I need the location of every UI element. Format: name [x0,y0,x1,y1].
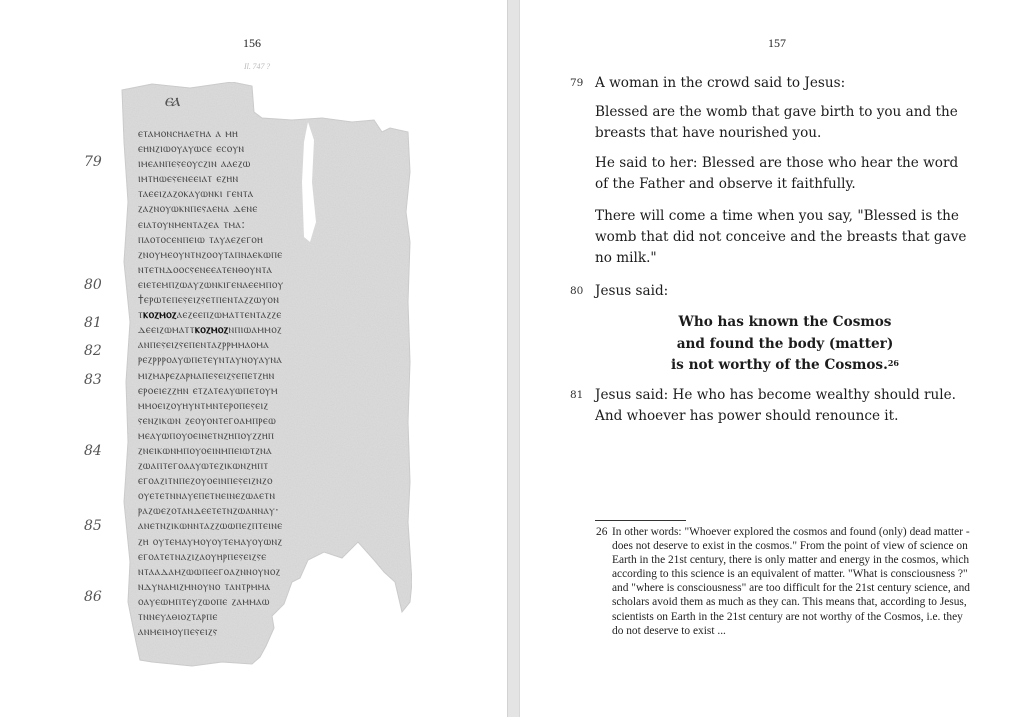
saying-line-last: is not worthy of the Cosmos.26 [595,355,975,377]
manuscript-line: ⲉⲣⲟⲉⲓⲉⲍⲍⲏⲛ ⲉⲧⲍⲁⲧⲉⲁⲩⲱⲡⲉⲧⲟⲩⲙ [138,383,397,398]
manuscript-line: ⲙⲉⲁⲩⲱⲡⲟⲩⲟⲉⲓⲛⲉⲧⲛⲍⲏⲡⲟⲩⲍⲍⲏⲡ [138,428,397,443]
manuscript-line: ⲋⲉⲛⲍⲓⲕⲱⲛ ⲍⲉⲟⲩⲟⲛⲧⲉⲅⲟⲁⲙⲡⲣⲉⲱ [138,413,397,428]
verse-paragraph: Blessed are the womb that gave birth to … [595,102,975,144]
margin-number-82: 82 [84,343,102,359]
manuscript-line: ⲟⲁⲩⲉⲱⲙⲡⲧⲉⲩⲍⲱⲟⲡⲉ ⲍⲁⲙⲙⲁⲱ [138,594,397,609]
manuscript-line: ⲛⲇⲩⲛⲁⲙⲓⲍⲙⲛⲟⲩⲛⲟ ⲧⲁⲛⲧⲣⲙⲙⲁ [138,579,397,594]
manuscript-line: ⲉⲓⲁⲧⲟⲩⲛⲙⲉⲛⲧⲁⲍⲉⲁ ⲧⲙⲁ: [138,217,397,232]
verse-number: 81 [570,385,583,406]
manuscript-line: ⲁⲛⲡⲉⲋⲉⲓⲍⲋⲉⲡⲉⲛⲧⲁⲍⲣⲣⲙⲙⲁⲟⲙⲁ [138,337,397,352]
saying-line: and found the body (matter) [595,334,975,356]
plate-label: Il. 747 ? [244,62,270,71]
manuscript-line: ⲍⲱⲁⲡⲧⲉⲅⲟⲁⲁⲩⲱⲧⲉⲍⲓⲕⲱⲛⲍⲏⲡⲧ [138,458,397,473]
manuscript-line: ⲓⲙⲧⲏⲱⲉⲋⲉⲛⲉⲉⲓⲁⲧ ⲉⲍⲏⲛ [138,171,397,186]
kosmos-word-highlight: ⲕⲟⲍⲙⲟⲍ [143,307,177,321]
saying-block: Who has known the Cosmos and found the b… [595,312,975,377]
verse-number: 79 [570,73,583,94]
manuscript-line: ⲍⲏ ⲟⲩⲧⲉⲙⲁⲩⲙⲟⲩⲟⲩⲧⲉⲙⲁⲩⲟⲩⲱⲛⲍ [138,534,397,549]
manuscript-line: †ⲉⲣⲱⲧⲉⲡⲉⲋⲉⲓⲍⲋⲉⲧⲡⲉⲛⲧⲁⲍⲍⲱⲩⲟⲛ [138,292,397,307]
manuscript-line: ⲧⲛⲛⲉⲩⲁⲑⲓⲟⲍⲧⲁⲣⲡⲉ [138,609,397,624]
manuscript-line: ⲓⲙⲉⲁⲛⲡⲉⲋⲉⲟⲩⲥⲍⲓⲛ ⲁⲁⲉⲍⲱ [138,156,397,171]
manuscript-text: ⲁⲉⲍⲉⲉⲡⲍⲱⲙⲁⲧⲧⲉⲛⲧⲁⲍⲍⲉ [177,307,282,321]
manuscript-image: ⲉⲁ ⲉⲧⲁⲙⲟⲛⲥⲏⲁⲉⲧⲏⲁ ⲁ ⲙⲏ ⲉⲏⲛⲍⲓⲱⲟⲩⲁⲩⲱⲥⲉ ⲉⲥⲟⲩ… [112,82,412,684]
manuscript-line: ⲉⲅⲟⲁⲍⲓⲧⲛⲡⲉⲍⲟⲩⲟⲉⲓⲛⲡⲉⲋⲉⲓⲍⲛⲍⲟ [138,473,397,488]
manuscript-line: ⲛⲧⲉⲧⲛⲇⲟⲟⲥⲋⲉⲛⲉⲉⲁⲧⲉⲛⲑⲟⲩⲛⲧⲁ [138,262,397,277]
margin-number-86: 86 [84,589,102,605]
verse-paragraph: There will come a time when you say, "Bl… [595,206,975,269]
manuscript-line: ⲡⲁⲟⲧⲟⲥⲉⲛⲡⲉⲓⲱ ⲧⲁⲩⲁⲉⲍⲉⲅⲟⲏ [138,232,397,247]
manuscript-line: ⲙⲓⲍⲙⲁⲣⲉⲍⲁⲣⲛⲁⲡⲉⲋⲉⲓⲍⲋⲉⲡⲉⲧⲍⲏⲛ [138,368,397,383]
margin-number-84: 84 [84,443,102,459]
manuscript-line: ⲉⲅⲟⲁⲧⲉⲧⲛⲁⲍⲓⲍⲁⲟⲩⲏⲣⲡⲉⲋⲉⲓⲍⲋⲉ [138,549,397,564]
verse-intro: Jesus said: [595,281,975,302]
footnote-number: 26 [596,525,607,539]
manuscript-text: ⲛⲡⲓⲱⲁⲙⲙⲟⲍ [228,322,281,336]
manuscript-line-kosmos: ⲇⲉⲉⲓⲍⲱⲙⲁⲧⲧⲕⲟⲍⲙⲟⲍⲛⲡⲓⲱⲁⲙⲙⲟⲍ [138,322,397,337]
manuscript-line: ⲣⲁⲍⲱⲉⲍⲟⲧⲁⲛⲇⲉⲉⲧⲉⲧⲛⲍⲱⲁⲛⲛⲁⲩ· [138,503,397,518]
manuscript-line: ⲣⲉⲍⲣⲣⲣⲟⲁⲩⲱⲡⲉⲧⲉⲩⲛⲧⲁⲩⲛⲟⲩⲁⲩⲛⲁ [138,352,397,367]
manuscript-line: ⲍⲛⲉⲓⲕⲱⲛⲙⲡⲟⲩⲟⲉⲓⲛⲙⲡⲉⲓⲱⲧⲍⲛⲁ [138,443,397,458]
manuscript-line: ⲁⲛⲉⲧⲛⲍⲓⲕⲱⲛⲛⲧⲁⲍⲍⲱⲱⲡⲉⲍⲡⲧⲉⲓⲛⲉ [138,518,397,533]
footnote-text: In other words: "Whoever explored the co… [612,525,977,638]
margin-number-79: 79 [84,154,102,170]
margin-number-81: 81 [84,315,102,331]
footnote-separator [595,520,686,521]
verse-text: Jesus said: He who has become wealthy sh… [595,385,975,427]
left-page: 156 Il. 747 ? ⲉⲁ ⲉⲧⲁⲙⲟⲛⲥⲏⲁⲉⲧⲏⲁ ⲁ ⲙⲏ ⲉⲏⲛⲍ… [0,0,507,717]
manuscript-line: ⲁⲛⲙⲉⲓⲙⲟⲩⲡⲉⲋⲉⲓⲍⲋ [138,624,397,639]
margin-number-85: 85 [84,518,102,534]
page-number-left: 156 [243,36,261,51]
manuscript-line-kosmos: ⲧⲕⲟⲍⲙⲟⲍⲁⲉⲍⲉⲉⲡⲍⲱⲙⲁⲧⲧⲉⲛⲧⲁⲍⲍⲉ [138,307,397,322]
manuscript-line: ⲧⲁⲉⲉⲓⲍⲁⲍⲟⲕⲁⲩⲱⲛⲕⲓ ⲅⲉⲛⲧⲁ [138,186,397,201]
verse-number: 80 [570,281,583,302]
page-number-right: 157 [768,36,786,51]
margin-number-83: 83 [84,372,102,388]
kosmos-word-highlight: ⲕⲟⲍⲙⲟⲍ [195,322,229,336]
manuscript-corner-mark: ⲉⲁ [164,90,179,111]
verse-intro: A woman in the crowd said to Jesus: [595,73,975,94]
manuscript-text: ⲇⲉⲉⲓⲍⲱⲙⲁⲧⲧ [138,322,195,336]
saying-line: Who has known the Cosmos [595,312,975,334]
manuscript-line: ⲍⲛⲟⲩⲙⲉⲟⲩⲛⲧⲛⲍⲟⲟⲩⲧⲁⲡⲛⲁⲉⲕⲱⲡⲉ [138,247,397,262]
manuscript-line: ⲟⲩⲉⲧⲉⲧⲛⲛⲁⲩⲉⲡⲉⲧⲛⲉⲓⲛⲉⲍⲱⲁⲉⲧⲛ [138,488,397,503]
footnote-reference[interactable]: 26 [888,358,899,368]
manuscript-line: ⲉⲧⲁⲙⲟⲛⲥⲏⲁⲉⲧⲏⲁ ⲁ ⲙⲏ [138,126,397,141]
right-page: 157 79 A woman in the crowd said to Jesu… [520,0,1024,717]
manuscript-line: ⲙⲙⲟⲉⲓⲍⲟⲩⲏⲩⲛⲧⲙⲛⲧⲉⲣⲟⲡⲉⲋⲉⲓⲍ [138,398,397,413]
manuscript-line: ⲉⲓⲉⲧⲉⲙⲡⲍⲱⲁⲩⲍⲱⲛⲕⲓⲅⲉⲛⲁⲉⲉⲙⲡⲟⲩ [138,277,397,292]
page-gutter [507,0,520,717]
margin-number-80: 80 [84,277,102,293]
verse-paragraph: He said to her: Blessed are those who he… [595,153,975,195]
manuscript-line: ⲍⲁⲍⲛⲟⲩⲱⲕⲛⲡⲉⲋⲁⲉⲛⲁ ⲇⲉⲛⲉ [138,201,397,216]
manuscript-line: ⲉⲏⲛⲍⲓⲱⲟⲩⲁⲩⲱⲥⲉ ⲉⲥⲟⲩⲛ [138,141,397,156]
saying-line: is not worthy of the Cosmos. [671,357,888,373]
manuscript-text-lines: ⲉⲧⲁⲙⲟⲛⲥⲏⲁⲉⲧⲏⲁ ⲁ ⲙⲏ ⲉⲏⲛⲍⲓⲱⲟⲩⲁⲩⲱⲥⲉ ⲉⲥⲟⲩⲛ ⲓ… [138,126,408,639]
manuscript-line: ⲛⲧⲁⲁⲇⲁⲙⲍⲱⲱⲡⲉⲉⲅⲟⲁⲍⲛⲛⲟⲩⲛⲟⲍ [138,564,397,579]
